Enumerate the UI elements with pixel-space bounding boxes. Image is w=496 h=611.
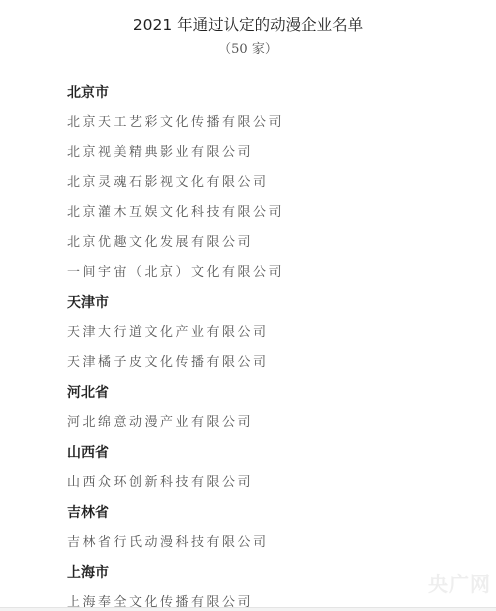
company-item: 北京天工艺彩文化传播有限公司	[67, 108, 467, 138]
region-heading-jilin: 吉林省	[67, 498, 467, 528]
watermark-logo: 央广网	[428, 568, 491, 597]
company-item: 北京灌木互娱文化科技有限公司	[67, 198, 467, 228]
company-item: 天津橘子皮文化传播有限公司	[67, 348, 467, 378]
company-item: 北京优趣文化发展有限公司	[67, 228, 467, 258]
company-item: 吉林省行氏动漫科技有限公司	[67, 528, 467, 558]
bottom-divider	[0, 607, 496, 611]
region-heading-shanghai: 上海市	[67, 558, 467, 588]
company-list: 北京市 北京天工艺彩文化传播有限公司 北京视美精典影业有限公司 北京灵魂石影视文…	[67, 78, 467, 611]
company-item: 河北绵意动漫产业有限公司	[67, 408, 467, 438]
document-title: 2021 年通过认定的动漫企业名单	[0, 13, 496, 35]
region-heading-tianjin: 天津市	[67, 288, 467, 318]
company-item: 北京视美精典影业有限公司	[67, 138, 467, 168]
company-item: 北京灵魂石影视文化有限公司	[67, 168, 467, 198]
region-heading-hebei: 河北省	[67, 378, 467, 408]
company-item: 天津大行道文化产业有限公司	[67, 318, 467, 348]
region-heading-beijing: 北京市	[67, 78, 467, 108]
company-count: （50 家）	[0, 38, 496, 57]
company-item: 山西众环创新科技有限公司	[67, 468, 467, 498]
region-heading-shanxi: 山西省	[67, 438, 467, 468]
company-item: 一间宇宙（北京）文化有限公司	[67, 258, 467, 288]
